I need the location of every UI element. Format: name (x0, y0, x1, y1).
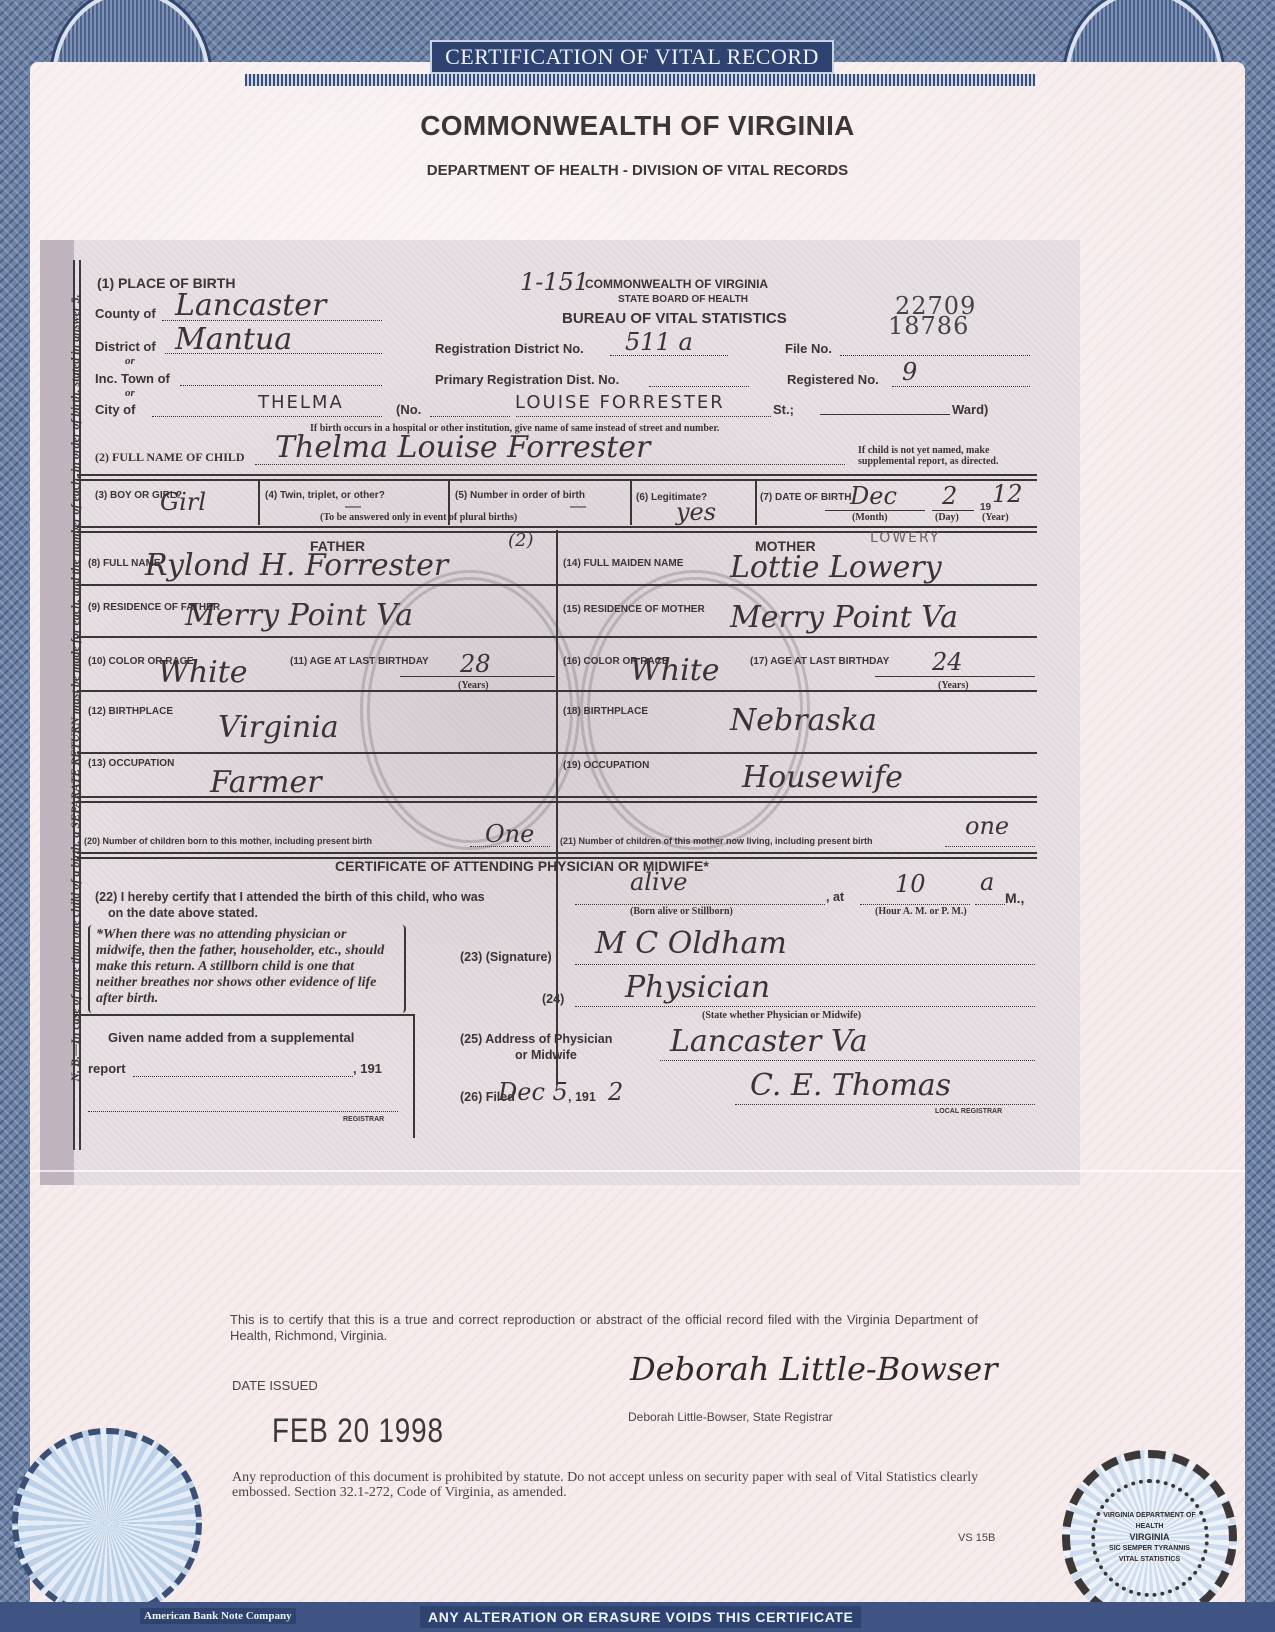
agency-line-1: COMMONWEALTH OF VIRGINIA (585, 277, 768, 291)
father-annotation: (2) (508, 530, 534, 551)
certification-banner: CERTIFICATION OF VITAL RECORD (430, 40, 834, 74)
stamp-number-2: 18786 (888, 316, 969, 336)
state-registrar-name: Deborah Little-Bowser, State Registrar (628, 1410, 833, 1424)
city-label: City of (95, 402, 135, 417)
bank-note-imprint: American Bank Note Company (140, 1608, 296, 1624)
mother-name-label: (14) FULL MAIDEN NAME (563, 558, 633, 569)
alteration-warning: ANY ALTERATION OR ERASURE VOIDS THIS CER… (420, 1606, 861, 1628)
mother-age-label: (17) AGE AT LAST BIRTHDAY (750, 656, 875, 667)
certify-text: (22) I hereby certify that I attended th… (95, 890, 485, 904)
mother-residence-label: (15) RESIDENCE OF MOTHER (563, 604, 653, 615)
county-label: County of (95, 306, 156, 321)
guilloche-rosette-icon (12, 1428, 202, 1618)
mother-annotation: LOWERY (870, 530, 940, 546)
supplemental-line1: Given name added from a supplemental (108, 1030, 354, 1045)
date-issued-value: FEB 20 1998 (272, 1412, 444, 1451)
agency-line-3: BUREAU OF VITAL STATISTICS (562, 310, 787, 327)
reproduction-warning: Any reproduction of this document is pro… (232, 1470, 980, 1500)
filed-year-value: 2 (608, 1078, 623, 1106)
mother-occupation-label: (19) OCCUPATION (563, 760, 649, 771)
form-code: VS 15B (958, 1532, 995, 1544)
address-label: (25) Address of Physician (460, 1032, 612, 1046)
father-birthplace-value: Virginia (218, 710, 339, 745)
dob-day: 2 (942, 482, 957, 510)
physician-address-value: Lancaster Va (670, 1024, 868, 1059)
reg-district-label: Registration District No. (435, 341, 584, 356)
title-label: (24) (542, 992, 564, 1006)
fold-crease (30, 1170, 1245, 1172)
physician-signature: M C Oldham (595, 926, 787, 961)
physician-title-value: Physician (625, 970, 770, 1005)
reg-district-value: 511 a (625, 328, 693, 356)
birth-status-value: alive (630, 868, 687, 896)
street-value: LOUISE FORRESTER (515, 392, 725, 413)
mother-birthplace-label: (18) BIRTHPLACE (563, 706, 648, 717)
mother-name-value: Lottie Lowery (730, 550, 942, 585)
child-name-value: Thelma Louise Forrester (275, 430, 650, 465)
children-living-value: one (965, 812, 1009, 840)
registered-no-value: 9 (902, 358, 917, 386)
dob-month: Dec (850, 482, 897, 510)
mother-age-value: 24 (932, 648, 963, 676)
dob-year: 12 (992, 480, 1023, 508)
town-label: Inc. Town of (95, 371, 170, 386)
health-department-seal-icon: VIRGINIA DEPARTMENT OF HEALTH VIRGINIA S… (1062, 1450, 1237, 1625)
legit-value: yes (676, 498, 716, 526)
certification-statement: This is to certify that this is a true a… (230, 1312, 978, 1344)
name-note-1: If child is not yet named, make (858, 445, 989, 456)
father-residence-value: Merry Point Va (185, 598, 413, 633)
filed-date-value: Dec 5 (498, 1078, 568, 1106)
father-age-value: 28 (460, 650, 491, 678)
mother-race-value: White (630, 653, 720, 688)
father-occupation-label: (13) OCCUPATION (88, 758, 174, 769)
district-label: District of (95, 339, 156, 354)
father-race-value: White (158, 655, 248, 690)
father-race-label: (10) COLOR OR RACE (88, 656, 148, 667)
father-name-value: Rylond H. Forrester (145, 548, 448, 583)
dob-label: (7) DATE OF BIRTH (760, 492, 825, 503)
mother-birthplace-value: Nebraska (730, 703, 877, 738)
mother-residence-value: Merry Point Va (730, 600, 958, 635)
city-value: THELMA (258, 392, 344, 413)
date-issued-label: DATE ISSUED (232, 1378, 318, 1393)
twin-label: (4) Twin, triplet, or other? (265, 490, 345, 501)
mother-race-label: (16) COLOR OR RACE (563, 656, 623, 667)
order-value: — (570, 498, 586, 516)
agency-line-2: STATE BOARD OF HEALTH (618, 294, 748, 305)
page-subtitle: DEPARTMENT OF HEALTH - DIVISION OF VITAL… (0, 162, 1275, 179)
birth-hour-value: 10 (895, 870, 926, 898)
stillborn-footnote: *When there was no attending physician o… (88, 925, 406, 1013)
sex-label: (3) BOY OR GIRL? (95, 490, 155, 501)
page-title: COMMONWEALTH OF VIRGINIA (0, 110, 1275, 142)
father-occupation-value: Farmer (210, 765, 322, 800)
date-note: on the date above stated. (108, 906, 258, 920)
local-registrar-signature: C. E. Thomas (750, 1068, 951, 1103)
children-born-label: (20) Number of children born to this mot… (84, 836, 372, 847)
annotation-top: 1-151 (520, 268, 589, 296)
mother-occupation-value: Housewife (742, 760, 903, 795)
district-value: Mantua (175, 322, 292, 357)
name-note-2: supplemental report, as directed. (858, 456, 998, 467)
birth-ampm-value: a (980, 868, 994, 896)
signature-label: (23) (Signature) (460, 950, 552, 964)
father-name-label: (8) FULL NAME (88, 558, 143, 569)
ornamental-scroll (245, 74, 1035, 86)
file-no-label: File No. (785, 341, 832, 356)
plural-note: (To be answered only in event of plural … (320, 512, 517, 523)
order-label: (5) Number in order of birth (455, 490, 550, 501)
father-residence-label: (9) RESIDENCE OF FATHER (88, 602, 158, 613)
children-living-label: (21) Number of children of this mother n… (560, 836, 873, 847)
primary-dist-label: Primary Registration Dist. No. (435, 372, 619, 387)
county-value: Lancaster (175, 288, 326, 323)
child-name-label: (2) FULL NAME OF CHILD (95, 450, 245, 465)
father-age-label: (11) AGE AT LAST BIRTHDAY (290, 656, 400, 667)
father-birthplace-label: (12) BIRTHPLACE (88, 706, 173, 717)
state-registrar-signature: Deborah Little-Bowser (630, 1350, 998, 1388)
supplemental-box: Given name added from a supplemental rep… (73, 1014, 415, 1138)
registered-no-label: Registered No. (787, 372, 879, 387)
children-born-value: One (485, 820, 534, 848)
sex-value: Girl (160, 488, 206, 516)
supplemental-report-label: report (88, 1061, 126, 1076)
